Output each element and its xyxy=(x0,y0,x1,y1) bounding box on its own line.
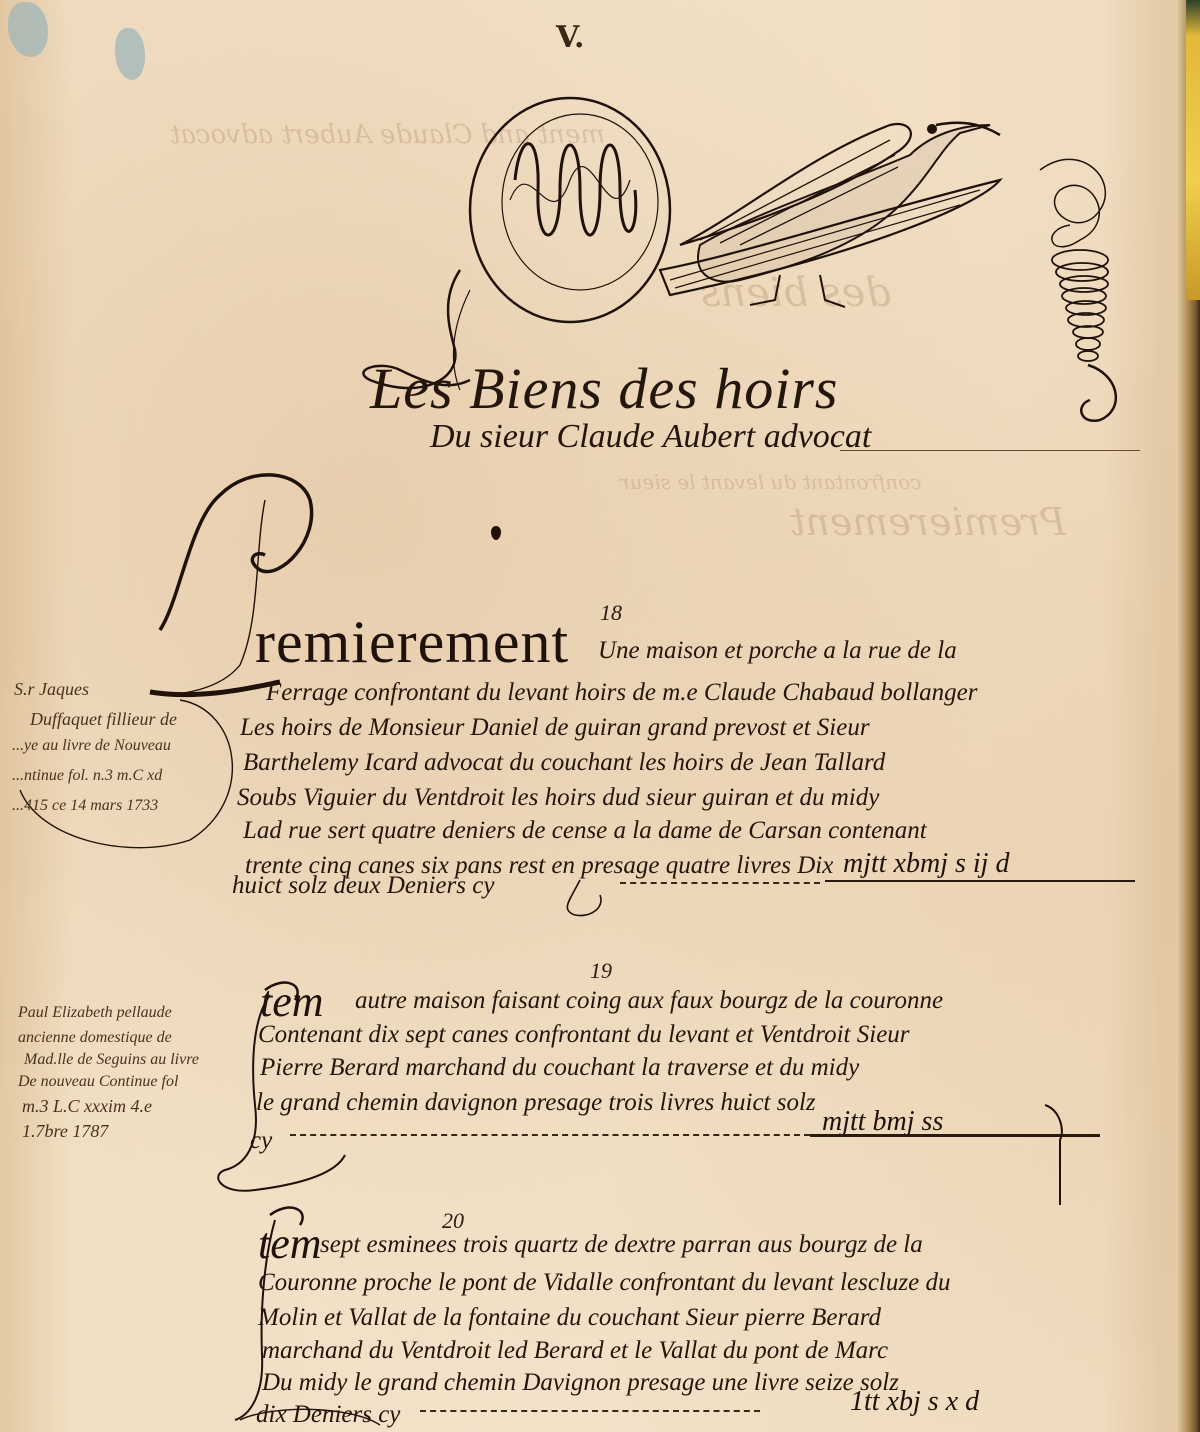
bleed-through-text: confrontant du levant le sieur xyxy=(620,470,922,494)
margin-note-line: Paul Elizabeth pellaude xyxy=(18,1005,172,1021)
entry-text-line: Une maison et porche a la rue de la xyxy=(598,638,957,663)
entry-text-line: Couronne proche le pont de Vidalle confr… xyxy=(258,1270,950,1295)
margin-note-line: Duffaquet fillieur de xyxy=(30,710,177,728)
entry-text-line: dix Deniers cy xyxy=(256,1402,400,1427)
entry-text-line: Lad rue sert quatre deniers de cense a l… xyxy=(243,818,927,843)
page-subtitle: Du sieur Claude Aubert advocat xyxy=(430,418,871,456)
entry-sum: 1tt xbj s x d xyxy=(850,1386,979,1418)
water-stain xyxy=(8,2,48,57)
margin-note-line: 1.7bre 1787 xyxy=(22,1122,108,1140)
cy-flourish-icon xyxy=(560,880,620,920)
margin-note-line: ...ntinue fol. n.3 m.C xd xyxy=(12,768,162,784)
entry-text-line: cy xyxy=(250,1128,272,1153)
binding-ribbon xyxy=(1186,0,1200,300)
margin-note-line: De nouveau Continue fol xyxy=(18,1074,178,1090)
folio-number: V. xyxy=(556,20,584,55)
bleed-through-text: Premierement xyxy=(790,500,1066,544)
entry-text-line: Soubs Viguier du Ventdroit les hoirs dud… xyxy=(237,785,879,810)
margin-note-line: m.3 L.C xxxim 4.e xyxy=(22,1097,152,1115)
calligraphic-roundel-icon xyxy=(460,90,680,330)
entry-text-line: Contenant dix sept canes confrontant du … xyxy=(258,1022,910,1047)
leader-dots xyxy=(620,882,820,884)
calligraphic-bird-icon xyxy=(660,95,990,315)
entry-text-line: Pierre Berard marchand du couchant la tr… xyxy=(260,1055,859,1080)
subtitle-rule xyxy=(840,450,1140,451)
spiral-flourish-icon xyxy=(1020,150,1130,430)
entry-text-line: sept esminees trois quartz de dextre par… xyxy=(320,1232,923,1257)
manuscript-page: ment and Claude Aubert advocat des biens… xyxy=(0,0,1200,1432)
entry-lead-word: tem xyxy=(258,1222,322,1266)
entry-text-line: huict solz deux Deniers cy xyxy=(232,873,494,898)
entry-lead-word: tem xyxy=(260,980,324,1024)
page-title: Les Biens des hoirs xyxy=(370,355,839,422)
leader-dots xyxy=(420,1410,760,1412)
sum-rule xyxy=(825,880,1135,882)
margin-note-line: S.r Jaques xyxy=(14,680,89,698)
margin-note-line: ...415 ce 14 mars 1733 xyxy=(12,798,158,814)
margin-note-line: ...ye au livre de Nouveau xyxy=(12,738,171,754)
margin-note-line: Mad.lle de Seguins au livre xyxy=(24,1052,199,1068)
entry-text-line: marchand du Ventdroit led Berard et le V… xyxy=(262,1338,888,1363)
entry-lead-word: remierement xyxy=(255,612,569,672)
entry-text-line: Du midy le grand chemin Davignon presage… xyxy=(262,1370,899,1395)
entry-text-line: Molin et Vallat de la fontaine du coucha… xyxy=(258,1305,881,1330)
leader-dots xyxy=(290,1134,810,1136)
entry-text-line: autre maison faisant coing aux faux bour… xyxy=(355,988,943,1013)
entry-text-line: Ferrage confrontant du levant hoirs de m… xyxy=(266,680,978,705)
entry-sum: mjtt xbmj s ij d xyxy=(843,848,1009,880)
entry-text-line: Barthelemy Icard advocat du couchant les… xyxy=(243,750,885,775)
entry-text-line: le grand chemin davignon presage trois l… xyxy=(256,1090,816,1115)
entry-number: 18 xyxy=(600,600,622,626)
ink-blot xyxy=(491,526,501,540)
entry-number: 19 xyxy=(590,958,612,984)
bracket-flourish-icon xyxy=(1040,1100,1080,1210)
margin-note-line: ancienne domestique de xyxy=(18,1030,172,1046)
entry-text-line: Les hoirs de Monsieur Daniel de guiran g… xyxy=(240,715,870,740)
water-stain xyxy=(115,28,145,80)
